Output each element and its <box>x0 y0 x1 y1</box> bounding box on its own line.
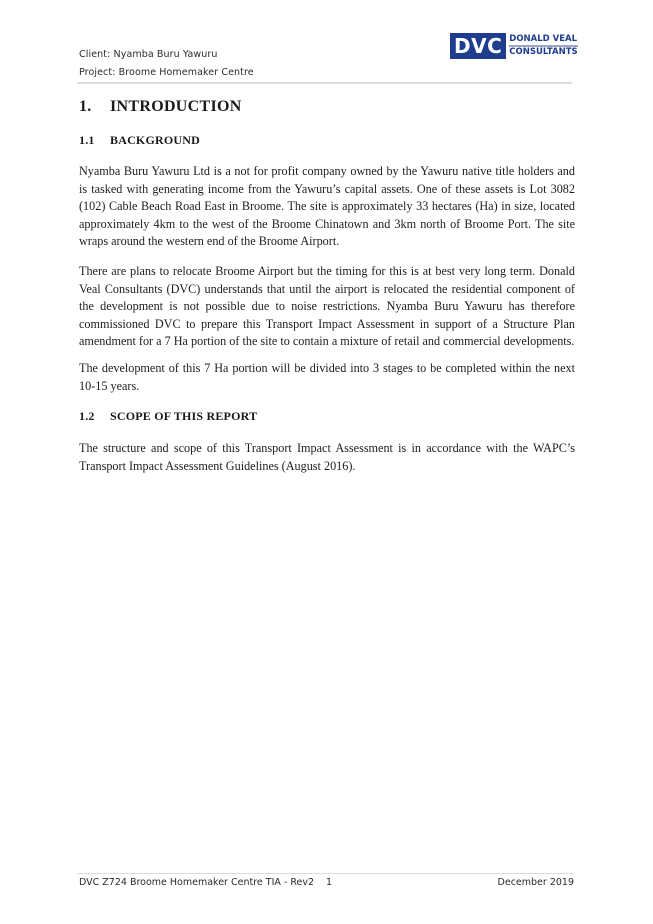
logo-line-2: CONSULTANTS <box>509 46 577 58</box>
section-number: 1. <box>79 98 110 116</box>
section-title: INTRODUCTION <box>110 98 242 115</box>
subsection-title: BACKGROUND <box>110 133 200 147</box>
logo-mark: DVC <box>450 33 506 59</box>
footer-date: December 2019 <box>498 877 574 888</box>
client-label: Client: Nyamba Buru Yawuru <box>79 49 218 60</box>
paragraph: The development of this 7 Ha portion wil… <box>79 360 575 395</box>
paragraph: There are plans to relocate Broome Airpo… <box>79 263 575 351</box>
logo-wordmark: DONALD VEAL CONSULTANTS <box>509 33 577 59</box>
section-heading: 1.INTRODUCTION <box>79 98 242 116</box>
project-label: Project: Broome Homemaker Centre <box>79 67 254 78</box>
logo-line-1: DONALD VEAL <box>509 34 577 46</box>
header-divider <box>77 82 572 84</box>
subsection-heading-scope: 1.2SCOPE OF THIS REPORT <box>79 409 257 424</box>
dvc-logo: DVC DONALD VEAL CONSULTANTS <box>450 33 578 59</box>
page-number: 1 <box>326 877 332 888</box>
subsection-number: 1.2 <box>79 409 110 424</box>
subsection-title: SCOPE OF THIS REPORT <box>110 409 257 423</box>
subsection-number: 1.1 <box>79 133 110 148</box>
paragraph: Nyamba Buru Yawuru Ltd is a not for prof… <box>79 163 575 251</box>
paragraph: The structure and scope of this Transpor… <box>79 440 575 475</box>
subsection-heading-background: 1.1BACKGROUND <box>79 133 200 148</box>
footer-divider <box>77 873 574 874</box>
footer-document-ref: DVC Z724 Broome Homemaker Centre TIA - R… <box>79 877 314 888</box>
